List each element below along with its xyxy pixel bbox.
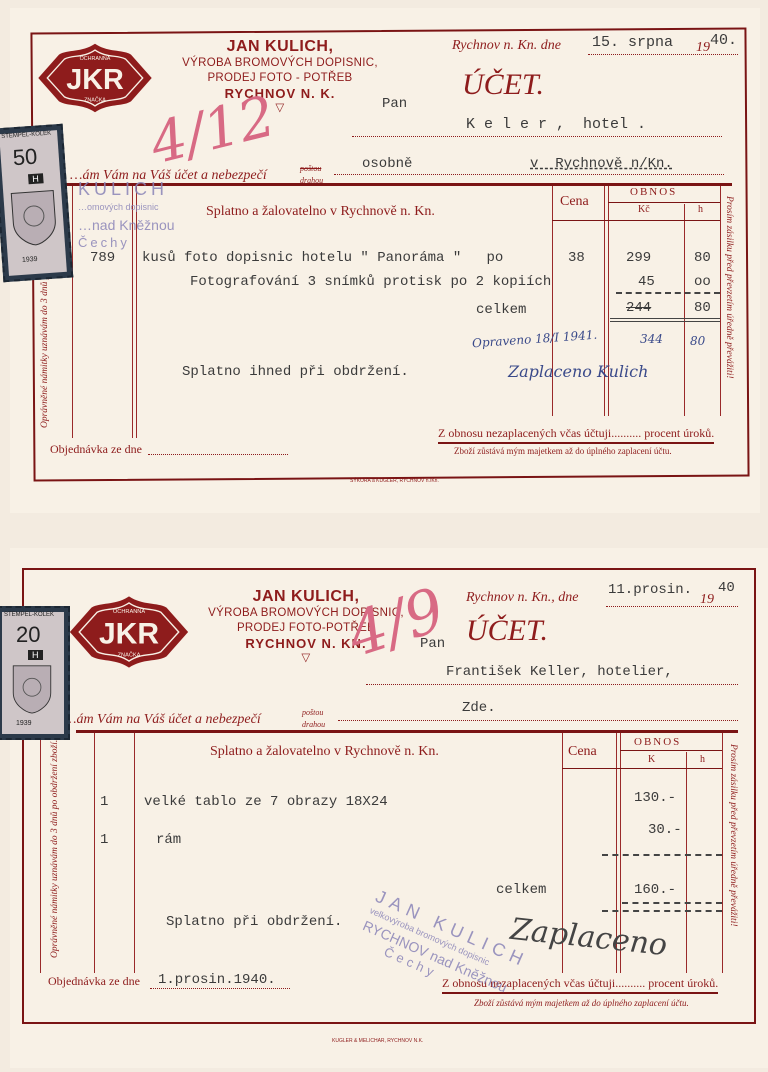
- total-kc: 244: [626, 300, 651, 316]
- year-value: 40.: [710, 32, 737, 49]
- row-1-qty: 1: [100, 794, 108, 810]
- col-cena-header: Cena: [560, 194, 589, 210]
- svg-text:JKR: JKR: [99, 617, 159, 650]
- row-1-price: 38: [568, 250, 585, 266]
- lion-crest-icon: [9, 188, 59, 247]
- ownership-note: Zboží zůstává mým majetkem až do úplného…: [454, 446, 672, 456]
- addressee-line: [366, 684, 738, 685]
- addressee-line: [352, 136, 722, 137]
- tax-stamp: STEMPEL-KOLEK 20 H 1939: [0, 606, 70, 740]
- company-rubber-stamp: KULICH …omových dopisnic …nad Kněžnou Če…: [78, 180, 175, 252]
- total-label: celkem: [476, 302, 526, 318]
- col-kc-header: Kč: [638, 204, 650, 215]
- date-line: [588, 54, 738, 55]
- order-date-line: [148, 454, 288, 455]
- left-vertical-note: Oprávněné námitky uznávám do 3 dnů po ob…: [50, 740, 60, 958]
- row-2-desc: Fotografování 3 snímků protisk po 2 kopi…: [190, 274, 551, 290]
- addressee-name: František Keller, hotelier,: [446, 664, 673, 680]
- order-label: Objednávka ze dne: [48, 974, 140, 989]
- delivery-line: [338, 720, 738, 721]
- addressee-line-2: Zde.: [462, 700, 496, 716]
- col-divider: [684, 204, 685, 416]
- place-date-label: Rychnov n. Kn. dne: [452, 38, 561, 54]
- place-date-label: Rychnov n. Kn., dne: [466, 590, 579, 606]
- svg-text:JKR: JKR: [66, 64, 124, 96]
- col-h-header: h: [700, 754, 705, 765]
- company-line-2: PRODEJ FOTO - POTŘEB: [170, 71, 390, 86]
- stamp-year: 1939: [22, 256, 38, 264]
- right-vertical-note: Prosím zásilku před převzetím úředně pře…: [728, 744, 738, 927]
- handwritten-paid-signature: Zaplaceno Kulich: [508, 362, 648, 381]
- stamp-text: STEMPEL-KOLEK: [1, 131, 51, 140]
- delivery-method: osobně: [362, 156, 412, 172]
- stamp-value: 50: [12, 144, 38, 172]
- delivery-option-rail: drahou: [302, 720, 325, 729]
- subtotal-dash: [602, 854, 722, 856]
- jkr-logo-icon: JKR OCHRANNÁ ZNAČKA: [36, 42, 154, 114]
- invoice-title: ÚČET.: [462, 68, 544, 102]
- year-prefix: 19: [696, 40, 710, 56]
- col-divider: [94, 733, 95, 973]
- col-divider: [134, 733, 135, 973]
- row-1-desc: velké tablo ze 7 obrazy 18X24: [144, 794, 388, 810]
- delivery-option-post: poštou: [302, 708, 323, 717]
- handwritten-h: 80: [690, 334, 705, 348]
- order-label: Objednávka ze dne: [50, 442, 142, 457]
- payable-header: Splatno a žalovatelno v Rychnově n. Kn.: [206, 204, 435, 220]
- row-1-kc: 299: [626, 250, 651, 266]
- stamp-value: 20: [16, 622, 40, 648]
- total-double-rule-2: [602, 910, 722, 912]
- delivery-option-post: poštou: [300, 164, 321, 173]
- addressee-label: Pan: [382, 96, 407, 112]
- row-2-kc: 30.-: [648, 822, 682, 838]
- invoice-1: JKR OCHRANNÁ ZNAČKA JAN KULICH, VÝROBA B…: [10, 8, 760, 513]
- delivery-line: [334, 174, 724, 175]
- year-value: 40: [718, 580, 735, 596]
- jkr-logo-icon: JKR OCHRANNÁ ZNAČKA: [68, 594, 190, 670]
- header-rule: [562, 768, 722, 769]
- printer-imprint: SÝKORA a KUGLER, RYCHNOV n./Kn.: [350, 478, 439, 484]
- col-obnos-header: OBNOS: [630, 186, 677, 198]
- table-top-rule: [76, 730, 738, 733]
- total-double-rule-1: [622, 902, 722, 904]
- invoice-title: ÚČET.: [466, 614, 548, 648]
- svg-text:ZNAČKA: ZNAČKA: [118, 651, 141, 658]
- row-1-h: 80: [694, 250, 711, 266]
- printer-imprint: KUGLER & MELICHAR, RYCHNOV N.K.: [332, 1038, 423, 1044]
- stamp-text: STEMPEL-KOLEK: [4, 612, 54, 618]
- col-divider: [40, 733, 41, 973]
- total-kc: 160.-: [634, 882, 676, 898]
- col-divider: [686, 752, 687, 973]
- stamp-unit: H: [28, 173, 43, 184]
- order-date-value: 1.prosin.1940.: [158, 972, 276, 988]
- row-1-qty: 789: [90, 250, 115, 266]
- handwritten-kc: 344: [640, 332, 663, 346]
- col-h-header: h: [698, 204, 703, 215]
- svg-text:ZNAČKA: ZNAČKA: [84, 96, 106, 103]
- date-value: 11.prosin.: [608, 582, 692, 598]
- company-line-1: VÝROBA BROMOVÝCH DOPISNIC,: [170, 56, 390, 71]
- col-divider: [722, 733, 723, 973]
- delivery-label: …ám Vám na Váš účet a nebezpečí: [64, 712, 261, 728]
- payment-note: Splatno při obdržení.: [166, 914, 342, 930]
- stamp-unit: H: [28, 650, 43, 660]
- col-divider: [72, 186, 73, 438]
- date-line: [606, 606, 738, 607]
- total-label: celkem: [496, 882, 546, 898]
- tax-stamp: STEMPEL-KOLEK 50 H 1939: [0, 124, 73, 283]
- payable-header: Splatno a žalovatelno v Rychnově n. Kn.: [210, 744, 439, 760]
- year-prefix: 19: [700, 592, 714, 608]
- subtotal-dash: [616, 292, 720, 294]
- row-2-desc: rám: [156, 832, 181, 848]
- svg-text:OCHRANNÁ: OCHRANNÁ: [113, 608, 145, 615]
- header-rule: [552, 220, 720, 221]
- col-cena-header: Cena: [568, 744, 597, 760]
- interest-note: Z obnosu nezaplacených včas účtuji......…: [438, 426, 714, 444]
- invoice-2: JKR OCHRANNÁ ZNAČKA JAN KULICH, VÝROBA B…: [10, 548, 768, 1068]
- total-h: 80: [694, 300, 711, 316]
- col-kc-header: K: [648, 754, 655, 765]
- col-divider: [720, 186, 721, 416]
- delivery-place: v Rychnově n/Kn.: [530, 156, 673, 172]
- total-double-rule: [610, 318, 720, 322]
- row-2-qty: 1: [100, 832, 108, 848]
- date-value: 15. srpna: [592, 34, 673, 51]
- row-2-kc: 45: [638, 274, 655, 290]
- obnos-rule: [620, 750, 722, 751]
- order-date-line: [150, 988, 290, 989]
- row-1-desc: kusů foto dopisnic hotelu " Panoráma " p…: [142, 250, 503, 266]
- obnos-rule: [608, 202, 720, 203]
- svg-text:OCHRANNÁ: OCHRANNÁ: [80, 55, 111, 62]
- row-2-h: oo: [694, 274, 711, 290]
- addressee-name: K e l e r , hotel .: [466, 116, 646, 133]
- payment-note: Splatno ihned při obdržení.: [182, 364, 409, 380]
- lion-crest-icon: [8, 664, 56, 714]
- col-obnos-header: OBNOS: [634, 736, 681, 748]
- right-vertical-note: Prosím zásilku před převzetím úředně pře…: [724, 196, 734, 379]
- company-name: JAN KULICH,: [170, 38, 390, 56]
- row-1-kc: 130.-: [634, 790, 676, 806]
- stamp-year: 1939: [16, 720, 32, 727]
